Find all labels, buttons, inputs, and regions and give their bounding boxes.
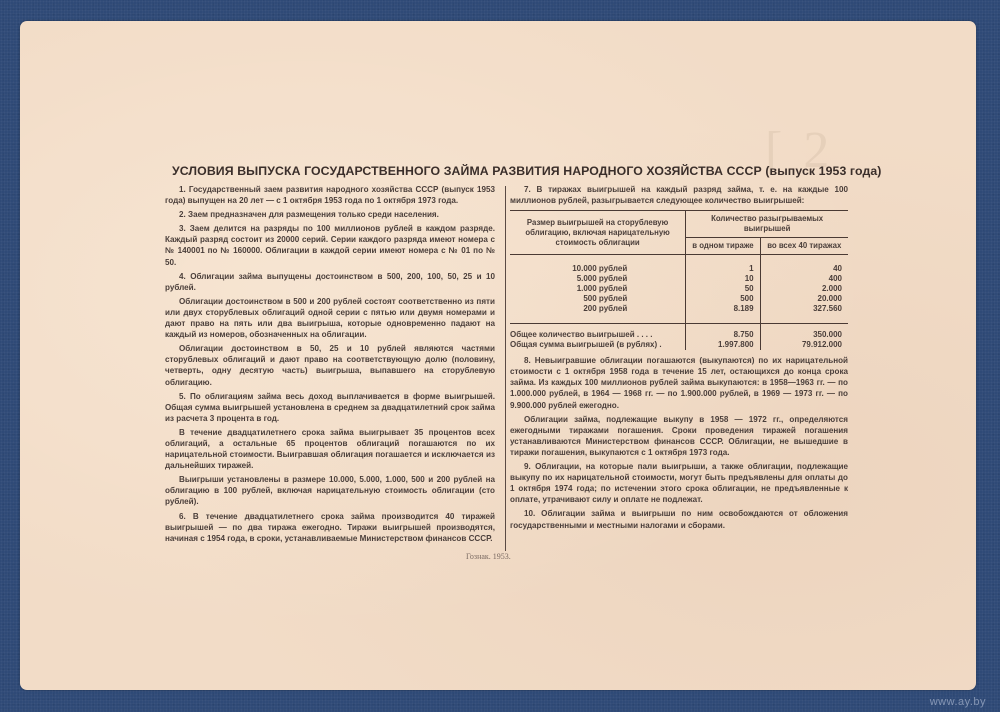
clause-3: 3. Заем делится на разряды по 100 миллио… xyxy=(165,223,495,267)
prize-all-draws: 2.000 xyxy=(760,284,848,294)
clause-5: 5. По облигациям займа весь доход выплач… xyxy=(165,391,495,424)
clause-2: 2. Заем предназначен для размещения толь… xyxy=(165,209,495,220)
prize-row: 200 рублей8.189327.560 xyxy=(510,304,848,324)
prize-row: 5.000 рублей10400 xyxy=(510,274,848,284)
totals-label: Общая сумма выигрышей (в рублях) . xyxy=(510,340,686,350)
prize-row: 500 рублей50020.000 xyxy=(510,294,848,304)
clause-4-par-2: Облигации достоинством в 500 и 200 рубле… xyxy=(165,296,495,340)
printer-imprint: Гознак. 1953. xyxy=(466,552,511,561)
clause-4: 4. Облигации займа выпущены достоинством… xyxy=(165,271,495,293)
header-prize-size: Размер выигрышей на сторублевую облигаци… xyxy=(510,211,686,255)
clause-5-par-3: Выигрыши установлены в размере 10.000, 5… xyxy=(165,474,495,507)
clause-5-par-2: В течение двадцатилетнего срока займа вы… xyxy=(165,427,495,471)
totals-row: Общее количество выигрышей . . . .8.7503… xyxy=(510,324,848,341)
header-all-draws: во всех 40 тиражах xyxy=(760,238,848,255)
header-prize-count: Количество разыгрываемых выигрышей xyxy=(686,211,848,238)
prize-all-draws: 20.000 xyxy=(760,294,848,304)
prize-all-draws: 400 xyxy=(760,274,848,284)
prize-all-draws: 327.560 xyxy=(760,304,848,324)
prize-size: 5.000 рублей xyxy=(510,274,686,284)
clause-8-par-2: Облигации займа, подлежащие выкупу в 195… xyxy=(510,414,848,458)
prize-size: 1.000 рублей xyxy=(510,284,686,294)
prize-all-draws: 40 xyxy=(760,255,848,275)
left-column: 1. Государственный заем развития народно… xyxy=(165,184,495,547)
prize-size: 500 рублей xyxy=(510,294,686,304)
prize-table: Размер выигрышей на сторублевую облигаци… xyxy=(510,210,848,350)
prize-row: 1.000 рублей502.000 xyxy=(510,284,848,294)
clause-8: 8. Невыигравшие облигации погашаются (вы… xyxy=(510,355,848,410)
clause-6: 6. В течение двадцатилетнего срока займа… xyxy=(165,511,495,544)
column-divider xyxy=(505,186,506,551)
bond-reverse-sheet: [ 2 УСЛОВИЯ ВЫПУСКА ГОСУДАРСТВЕННОГО ЗАЙ… xyxy=(20,21,976,690)
clause-10: 10. Облигации займа и выигрыши по ним ос… xyxy=(510,508,848,530)
prize-row: 10.000 рублей140 xyxy=(510,255,848,275)
prize-one-draw: 500 xyxy=(686,294,760,304)
totals-all-draws: 350.000 xyxy=(760,324,848,341)
header-one-draw: в одном тираже xyxy=(686,238,760,255)
prize-size: 10.000 рублей xyxy=(510,255,686,275)
prize-size: 200 рублей xyxy=(510,304,686,324)
prize-table-body: 10.000 рублей1405.000 рублей104001.000 р… xyxy=(510,255,848,351)
right-column: 7. В тиражах выигрышей на каждый разряд … xyxy=(510,184,848,534)
clause-4-par-3: Облигации достоинством в 50, 25 и 10 руб… xyxy=(165,343,495,387)
site-watermark: www.ay.by xyxy=(930,696,986,708)
prize-one-draw: 1 xyxy=(686,255,760,275)
document-title: УСЛОВИЯ ВЫПУСКА ГОСУДАРСТВЕННОГО ЗАЙМА Р… xyxy=(172,164,852,178)
clause-1: 1. Государственный заем развития народно… xyxy=(165,184,495,206)
clause-9: 9. Облигации, на которые пали выигрыши, … xyxy=(510,461,848,505)
totals-one-draw: 8.750 xyxy=(686,324,760,341)
prize-one-draw: 8.189 xyxy=(686,304,760,324)
totals-row: Общая сумма выигрышей (в рублях) .1.997.… xyxy=(510,340,848,350)
clause-7: 7. В тиражах выигрышей на каждый разряд … xyxy=(510,184,848,206)
prize-one-draw: 10 xyxy=(686,274,760,284)
totals-one-draw: 1.997.800 xyxy=(686,340,760,350)
prize-one-draw: 50 xyxy=(686,284,760,294)
totals-label: Общее количество выигрышей . . . . xyxy=(510,324,686,341)
totals-all-draws: 79.912.000 xyxy=(760,340,848,350)
